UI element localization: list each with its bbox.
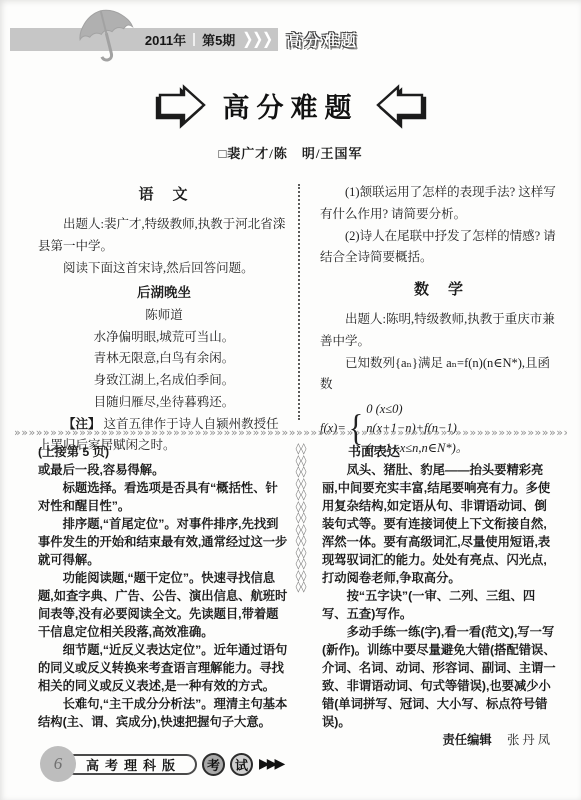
chinese-column: 语 文 出题人:裴广才,特级教师,执教于河北省滦县第一中学。 阅读下面这首宋诗,…	[38, 182, 290, 420]
editor-name: 张丹凤	[507, 733, 553, 747]
page-footer: 6 高考理科版 考 试 ▶▶▶	[40, 745, 581, 783]
badge-shi: 试	[230, 753, 253, 776]
section-divider-zigzag: »»»»»»»»»»»»»»»»»»»»»»»»»»»»»»»»»»»»»»»»…	[14, 426, 567, 439]
authors-line: □裴广才/陈 明/王国军	[0, 143, 581, 162]
continued-paragraph: 功能阅读题,“题干定位”。快速寻找信息题,如查字典、广告、公告、演出信息、航班时…	[38, 569, 290, 641]
footer-arrows-icon: ▶▶▶	[259, 756, 282, 772]
top-section: 语 文 出题人:裴广才,特级教师,执教于河北省滦县第一中学。 阅读下面这首宋诗,…	[0, 182, 581, 420]
math-given: 已知数列{aₙ}满足 aₙ=f(n)(n∈N*),且函数	[320, 353, 559, 397]
magazine-page: 2011年 第5期 ❯❯❯ 高分难题 高分难题 □裴广才/陈 明/王国军 语 文…	[0, 0, 581, 800]
title-block: 高分难题	[0, 82, 581, 128]
math-heading: 数 学	[320, 277, 559, 303]
arrow-right-icon	[157, 84, 207, 126]
continued-from-label: (上接第 5 页)	[38, 443, 290, 461]
chinese-heading: 语 文	[38, 182, 290, 208]
bottom-section: (上接第 5 页) 或最后一段,容易得解。 标题选择。看选项是否具有“概括性、针…	[0, 443, 581, 735]
page-title: 高分难题	[223, 86, 359, 125]
math-intro: 出题人:陈明,特级教师,执教于重庆市兼善中学。	[320, 309, 559, 353]
issue-number: 第5期	[202, 30, 235, 49]
poem-line: 水净偏明眼,城荒可当山。	[38, 327, 290, 349]
editor-label: 责任编辑	[442, 733, 491, 747]
badge-kao: 考	[202, 753, 225, 776]
chinese-intro-2: 阅读下面这首宋诗,然后回答问题。	[38, 258, 290, 280]
issue-year: 2011年	[145, 30, 186, 49]
poem-line: 身致江湖上,名成伯季间。	[38, 370, 290, 392]
umbrella-icon	[76, 4, 138, 68]
page-number-badge: 6	[40, 746, 76, 782]
continued-paragraph: 排序题,“首尾定位”。对事件排序,先找到事件发生的开始和结束最有效,通常经过这一…	[38, 515, 290, 569]
continued-column: (上接第 5 页) 或最后一段,容易得解。 标题选择。看选项是否具有“概括性、针…	[38, 443, 290, 735]
continued-paragraph: 标题选择。看选项是否具有“概括性、针对性和醒目性”。	[38, 479, 290, 515]
masthead-title: 高分难题	[286, 28, 358, 51]
issue-separator	[193, 33, 195, 46]
writing-paragraph: 按“五字诀”(一审、二列、三组、四写、五查)写作。	[322, 587, 559, 623]
poem-line: 目随归雁尽,坐待暮鸦还。	[38, 392, 290, 414]
poem-title: 后湖晚坐	[38, 281, 290, 304]
questions-math-column: (1)颔联运用了怎样的表现手法? 这样写有什么作用? 请简要分析。 (2)诗人在…	[308, 182, 559, 420]
question-1: (1)颔联运用了怎样的表现手法? 这样写有什么作用? 请简要分析。	[320, 182, 559, 226]
continued-paragraph: 细节题,“近反义表达定位”。近年通过语句的同义或反义转换来考查语言理解能力。寻找…	[38, 641, 290, 695]
column-divider-diamonds: ◊◊◊◊◊◊◊◊◊◊◊◊◊◊◊◊◊◊◊◊◊◊◊◊◊◊	[294, 443, 308, 735]
arrow-left-icon	[375, 84, 425, 126]
poem-line: 青林无限意,白鸟有余闲。	[38, 348, 290, 370]
page-header: 2011年 第5期 ❯❯❯ 高分难题	[10, 26, 581, 52]
poem-author: 陈师道	[38, 305, 290, 327]
formula-case-1: 0 (x≤0)	[366, 400, 559, 419]
formula-brace: {	[349, 397, 363, 462]
column-divider-dotted	[298, 184, 300, 420]
continued-paragraph: 或最后一段,容易得解。	[38, 461, 290, 479]
writing-paragraph: 凤头、猪肚、豹尾——抬头要精彩亮丽,中间要充实丰富,结尾要响亮有力。多使用复杂结…	[322, 461, 559, 587]
continued-paragraph: 长难句,“主干成分分析法”。理清主句基本结构(主、谓、宾成分),快速把握句子大意…	[38, 695, 290, 731]
question-2: (2)诗人在尾联中抒发了怎样的情感? 请结合全诗简要概括。	[320, 226, 559, 270]
issue-strip: 2011年 第5期 ❯❯❯	[10, 28, 278, 51]
chinese-intro-1: 出题人:裴广才,特级教师,执教于河北省滦县第一中学。	[38, 214, 290, 258]
writing-column: 书面表达 凤头、猪肚、豹尾——抬头要精彩亮丽,中间要充实丰富,结尾要响亮有力。多…	[312, 443, 559, 735]
writing-paragraph: 多动手练一练(字),看一看(范文),写一写(新作)。训练中要尽量避免大错(搭配错…	[322, 623, 559, 731]
editor-line: 责任编辑 张丹凤	[322, 731, 559, 749]
brand-pill: 高考理科版	[64, 754, 197, 775]
chevrons-icon: ❯❯❯	[242, 30, 272, 49]
